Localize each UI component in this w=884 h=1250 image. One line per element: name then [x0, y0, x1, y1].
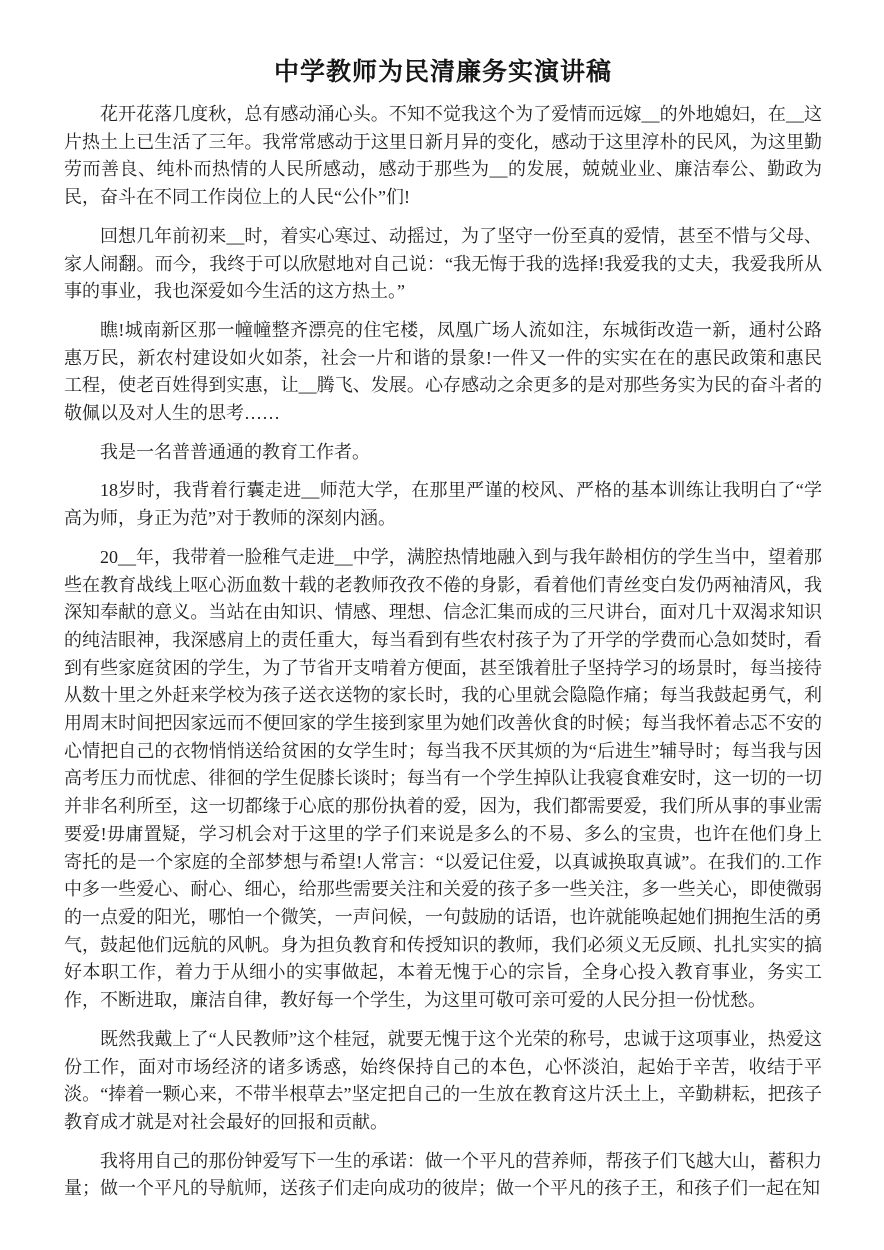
paragraph-4: 我是一名普普通通的教育工作者。 [64, 439, 822, 467]
paragraph-7: 既然我戴上了“人民教师”这个桂冠，就要无愧于这个光荣的称号，忠诚于这项事业，热爱… [64, 1026, 822, 1137]
paragraph-6: 20__年，我带着一脸稚气走进__中学，满腔热情地融入到与我年龄相仿的学生当中，… [64, 544, 822, 1015]
document-page: 中学教师为民清廉务实演讲稿 花开花落几度秋，总有感动涌心头。不知不觉我这个为了爱… [0, 0, 884, 1250]
paragraph-8: 我将用自己的那份钟爱写下一生的承诺：做一个平凡的营养师，帮孩子们飞越大山，蓄积力… [64, 1148, 822, 1203]
paragraph-2: 回想几年前初来__时，着实心寒过、动摇过，为了坚守一份至真的爱情，甚至不惜与父母… [64, 223, 822, 306]
paragraph-3: 瞧!城南新区那一幢幢整齐漂亮的住宅楼，凤凰广场人流如注，东城街改造一新，通村公路… [64, 317, 822, 428]
document-title: 中学教师为民清廉务实演讲稿 [64, 56, 822, 90]
paragraph-5: 18岁时，我背着行囊走进__师范大学，在那里严谨的校风、严格的基本训练让我明白了… [64, 477, 822, 532]
paragraph-1: 花开花落几度秋，总有感动涌心头。不知不觉我这个为了爱情而远嫁__的外地媳妇，在_… [64, 101, 822, 212]
